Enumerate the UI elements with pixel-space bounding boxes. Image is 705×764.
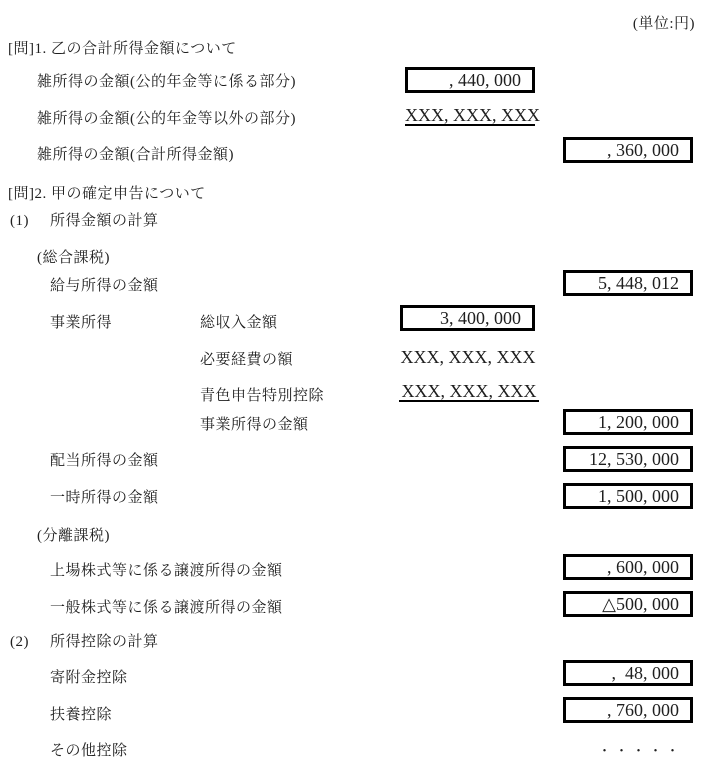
section-1-title: 所得金額の計算 [50, 212, 159, 231]
dependent-deduction-label: 扶養控除 [50, 706, 112, 725]
expenses-amount-masked: XXX, XXX, XXX [400, 348, 536, 366]
donation-deduction-amount-box: , 48, 000 [563, 660, 693, 686]
business-income-amount-label: 事業所得の金額 [200, 416, 309, 435]
expenses-label: 必要経費の額 [200, 351, 293, 370]
listed-stock-gain-amount-box: , 600, 000 [563, 554, 693, 580]
section-1-number: (1) [10, 212, 29, 231]
q2-heading: [問]2. 甲の確定申告について [8, 185, 206, 204]
business-income-amount-box: 1, 200, 000 [563, 409, 693, 435]
misc-other-amount-masked: XXX, XXX, XXX [405, 106, 535, 126]
misc-total-label: 雑所得の金額(合計所得金額) [37, 146, 234, 165]
gross-revenue-amount-box: 3, 400, 000 [400, 305, 535, 331]
temporary-income-label: 一時所得の金額 [50, 489, 159, 508]
dividend-income-amount-box: 12, 530, 000 [563, 446, 693, 472]
group-sogo-label: (総合課税) [37, 249, 110, 268]
unit-note: (単位:円) [633, 12, 695, 33]
misc-other-label: 雑所得の金額(公的年金等以外の部分) [37, 110, 296, 129]
listed-stock-gain-label: 上場株式等に係る譲渡所得の金額 [50, 562, 283, 581]
temporary-income-amount-box: 1, 500, 000 [563, 483, 693, 509]
misc-pension-amount-box: , 440, 000 [405, 67, 535, 93]
other-deductions-dots: ・・・・・ [563, 740, 683, 759]
salary-income-label: 給与所得の金額 [50, 277, 159, 296]
blue-return-deduction-label: 青色申告特別控除 [200, 387, 324, 406]
section-2-title: 所得控除の計算 [50, 633, 159, 652]
salary-income-amount-box: 5, 448, 012 [563, 270, 693, 296]
other-deductions-label: その他控除 [50, 742, 128, 761]
misc-pension-label: 雑所得の金額(公的年金等に係る部分) [37, 73, 296, 92]
general-stock-gain-amount-box: △500, 000 [563, 591, 693, 617]
group-bunri-label: (分離課税) [37, 527, 110, 546]
tax-answer-document: (単位:円) [問]1. 乙の合計所得金額について 雑所得の金額(公的年金等に係… [0, 0, 705, 764]
general-stock-gain-label: 一般株式等に係る譲渡所得の金額 [50, 599, 283, 618]
business-income-group-label: 事業所得 [50, 314, 112, 333]
misc-total-amount-box: , 360, 000 [563, 137, 693, 163]
gross-revenue-label: 総収入金額 [200, 314, 278, 333]
donation-deduction-label: 寄附金控除 [50, 669, 128, 688]
dependent-deduction-amount-box: , 760, 000 [563, 697, 693, 723]
q1-heading: [問]1. 乙の合計所得金額について [8, 40, 237, 59]
blue-return-deduction-amount-masked: XXX, XXX, XXX [399, 382, 539, 402]
dividend-income-label: 配当所得の金額 [50, 452, 159, 471]
section-2-number: (2) [10, 633, 29, 652]
